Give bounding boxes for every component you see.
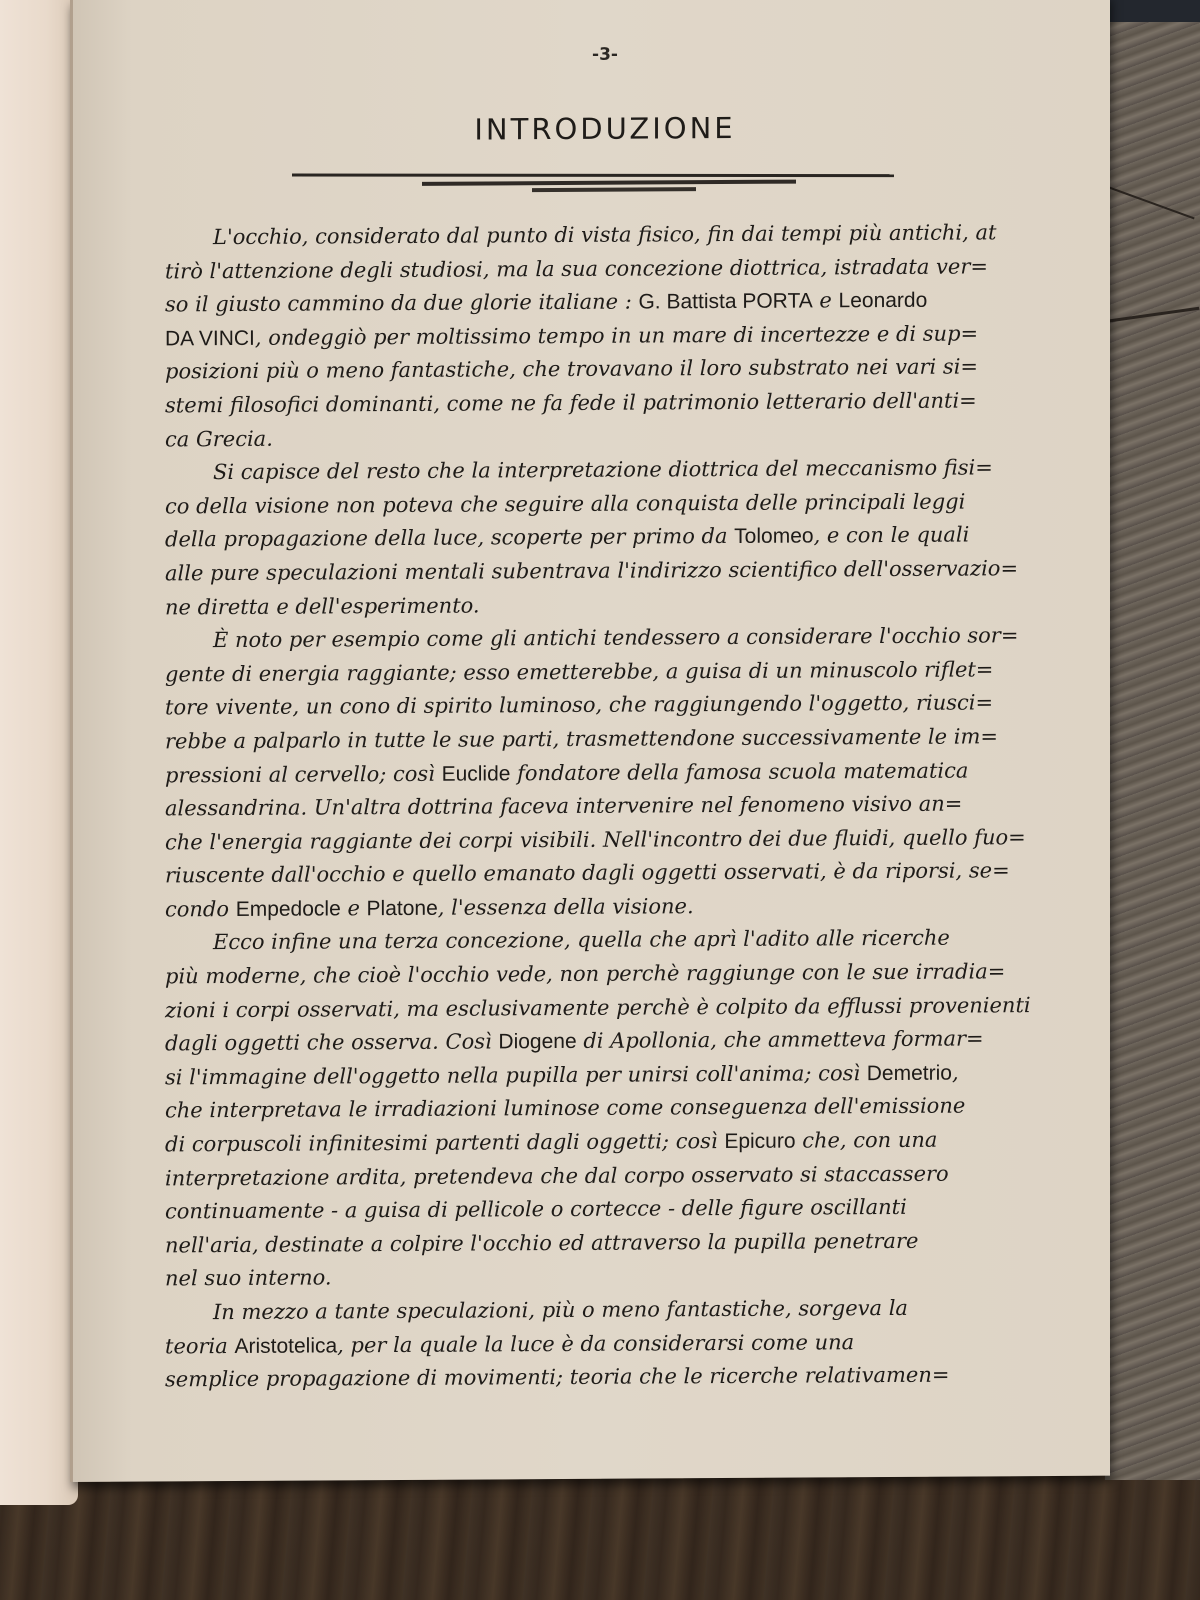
proper-name: Leonardo (839, 289, 928, 313)
title-underline (292, 174, 894, 178)
line-segment: della propagazione della luce, scoperte … (165, 524, 734, 551)
proper-name: Demetrio (867, 1061, 952, 1085)
line-segment: più moderne, che cioè l'occhio vede, non… (165, 959, 1005, 988)
text-line: Si capisce del resto che la interpretazi… (165, 451, 1015, 490)
line-segment: che interpretava le irradiazioni luminos… (165, 1094, 965, 1123)
line-segment: gente di energia raggiante; esso emetter… (165, 657, 993, 686)
line-segment: che l'energia raggiante dei corpi visibi… (165, 825, 1026, 854)
line-segment: si l'immagine dell'oggetto nella pupilla… (165, 1061, 867, 1089)
text-line: nell'aria, destinate a colpire l'occhio … (165, 1224, 1015, 1263)
line-segment: posizioni più o meno fantastiche, che tr… (165, 355, 978, 384)
proper-name: Epicuro (724, 1130, 795, 1153)
text-line: gente di energia raggiante; esso emetter… (165, 653, 1015, 692)
line-segment: ca Grecia. (165, 426, 273, 451)
text-line: posizioni più o meno fantastiche, che tr… (165, 351, 1015, 390)
line-segment: , per la quale la luce è da considerarsi… (337, 1330, 854, 1357)
proper-name: Aristotelica (234, 1334, 337, 1358)
left-page-edge (0, 0, 78, 1505)
line-segment: stemi filosofici dominanti, come ne fa f… (165, 388, 977, 417)
line-segment: L'occhio, considerato dal punto di vista… (213, 220, 996, 249)
line-segment: interpretazione ardita, pretendeva che d… (165, 1161, 949, 1190)
line-segment: e (813, 288, 839, 312)
line-segment: di corpuscoli infinitesimi partenti dagl… (165, 1129, 724, 1156)
text-line: co della visione non poteva che seguire … (165, 485, 1015, 524)
text-line: tirò l'attenzione degli studiosi, ma la … (165, 250, 1015, 289)
text-line: pressioni al cervello; così Euclide fond… (165, 754, 1015, 793)
line-segment: fondatore della famosa scuola matematica (510, 758, 968, 785)
text-line: si l'immagine dell'oggetto nella pupilla… (165, 1056, 1015, 1095)
line-segment: pressioni al cervello; così (165, 761, 442, 787)
title-underline (532, 187, 696, 192)
text-line: alessandrina. Un'altra dottrina faceva i… (165, 787, 1015, 826)
text-line: riuscente dall'occhio e quello emanato d… (165, 855, 1015, 894)
title-underline (422, 180, 796, 186)
proper-name: G. Battista PORTA (638, 290, 812, 314)
text-line: che interpretava le irradiazioni luminos… (165, 1090, 1015, 1129)
text-line: In mezzo a tante speculazioni, più o men… (165, 1291, 1015, 1330)
line-segment: Ecco infine una terza concezione, quella… (213, 926, 950, 955)
proper-name: Diogene (498, 1030, 576, 1053)
text-line: semplice propagazione di movimenti; teor… (165, 1358, 1015, 1397)
handwritten-body-text: L'occhio, considerato dal punto di vista… (165, 216, 1015, 1397)
proper-name: Euclide (442, 762, 511, 785)
proper-name: DA VINCI (165, 327, 255, 351)
line-segment: continuamente - a guisa di pellicole o c… (165, 1195, 907, 1224)
line-segment: nel suo interno. (165, 1266, 332, 1291)
text-line: stemi filosofici dominanti, come ne fa f… (165, 384, 1015, 423)
line-segment: teoria (165, 1334, 234, 1358)
text-line: L'occhio, considerato dal punto di vista… (165, 216, 1015, 255)
dark-object-edge (1110, 0, 1200, 22)
table-crack (1105, 307, 1199, 323)
line-segment: , ondeggiò per moltissimo tempo in un ma… (255, 321, 978, 349)
line-segment: semplice propagazione di movimenti; teor… (165, 1363, 949, 1392)
line-segment: ne diretta e dell'esperimento. (165, 593, 480, 619)
text-line: DA VINCI, ondeggiò per moltissimo tempo … (165, 317, 1015, 356)
text-line: continuamente - a guisa di pellicole o c… (165, 1190, 1015, 1229)
line-segment: , l'essenza della visione. (438, 894, 694, 920)
line-segment: È noto per esempio come gli antichi tend… (213, 623, 1018, 652)
text-line: Ecco infine una terza concezione, quella… (165, 922, 1015, 961)
line-segment: tore vivente, un cono di spirito luminos… (165, 691, 993, 720)
text-line: che l'energia raggiante dei corpi visibi… (165, 821, 1015, 860)
text-line: ca Grecia. (165, 418, 1015, 457)
line-segment: Si capisce del resto che la interpretazi… (213, 456, 993, 485)
document-page: -3- INTRODUZIONE L'occhio, considerato d… (70, 0, 1110, 1482)
line-segment: alessandrina. Un'altra dottrina faceva i… (165, 792, 962, 821)
proper-name: Empedocle (236, 897, 341, 921)
text-line: alle pure speculazioni mentali subentrav… (165, 552, 1015, 591)
line-segment: zioni i corpi osservati, ma esclusivamen… (165, 993, 1031, 1022)
page-gutter (70, 0, 73, 1482)
table-surface-right (1105, 0, 1200, 1480)
line-segment: rebbe a palparlo in tutte le sue parti, … (165, 724, 998, 753)
proper-name: Platone (367, 897, 438, 920)
line-segment: tirò l'attenzione degli studiosi, ma la … (165, 254, 988, 283)
line-segment: , (952, 1060, 959, 1084)
text-line: È noto per esempio come gli antichi tend… (165, 619, 1015, 658)
line-segment: condo (165, 897, 236, 921)
line-segment: co della visione non poteva che seguire … (165, 489, 965, 518)
line-segment: alle pure speculazioni mentali subentrav… (165, 556, 1018, 585)
line-segment: , e con le quali (814, 523, 970, 548)
line-segment: nell'aria, destinate a colpire l'occhio … (165, 1229, 918, 1258)
text-line: ne diretta e dell'esperimento. (165, 586, 1015, 625)
text-line: dagli oggetti che osserva. Così Diogene … (165, 1022, 1015, 1061)
text-line: nel suo interno. (165, 1258, 1015, 1297)
page-title: INTRODUZIONE (70, 109, 1110, 149)
text-line: so il giusto cammino da due glorie itali… (165, 283, 1015, 322)
text-line: teoria Aristotelica, per la quale la luc… (165, 1325, 1015, 1364)
line-segment: dagli oggetti che osserva. Così (165, 1030, 498, 1056)
table-crack (1105, 185, 1195, 219)
line-segment: In mezzo a tante speculazioni, più o men… (213, 1296, 908, 1324)
text-line: rebbe a palparlo in tutte le sue parti, … (165, 720, 1015, 759)
text-line: tore vivente, un cono di spirito luminos… (165, 687, 1015, 726)
text-line: della propagazione della luce, scoperte … (165, 519, 1015, 558)
page-number: -3- (70, 42, 1110, 68)
proper-name: Tolomeo (734, 525, 813, 548)
line-segment: di Apollonia, che ammetteva formar= (577, 1027, 984, 1053)
text-line: zioni i corpi osservati, ma esclusivamen… (165, 989, 1015, 1028)
line-segment: riuscente dall'occhio e quello emanato d… (165, 859, 1010, 888)
text-line: interpretazione ardita, pretendeva che d… (165, 1157, 1015, 1196)
line-segment: so il giusto cammino da due glorie itali… (165, 290, 638, 317)
text-line: di corpuscoli infinitesimi partenti dagl… (165, 1123, 1015, 1162)
line-segment: e (341, 896, 367, 920)
text-line: più moderne, che cioè l'occhio vede, non… (165, 955, 1015, 994)
text-line: condo Empedocle e Platone, l'essenza del… (165, 888, 1015, 927)
line-segment: che, con una (796, 1128, 938, 1153)
